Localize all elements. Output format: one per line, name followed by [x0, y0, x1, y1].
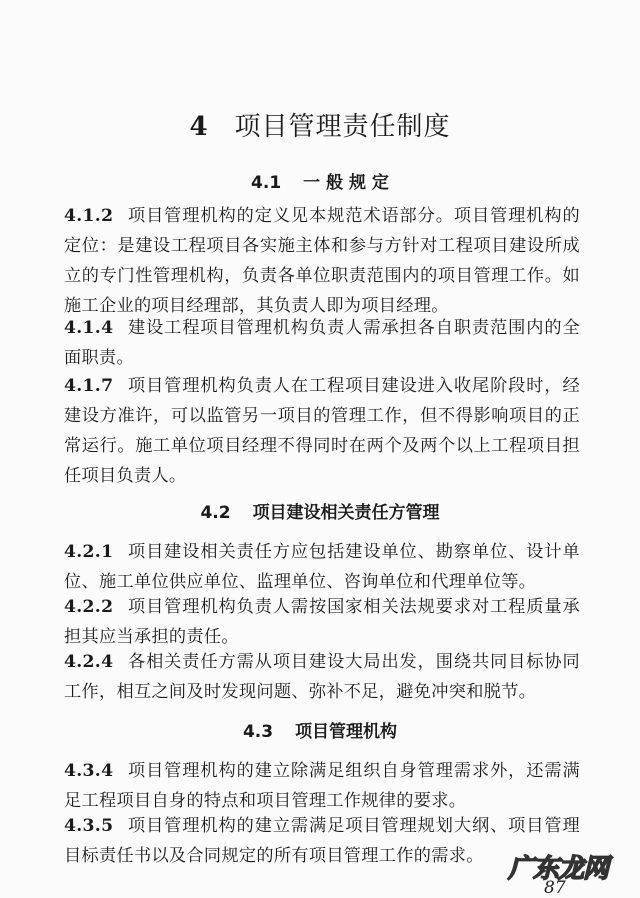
section-number: 4.3 [243, 722, 273, 742]
chapter-title: 4项目管理责任制度 [0, 106, 640, 143]
clause-4-3-5: 4.3.5项目管理机构的建立需满足项目管理规划大纲、项目管理目标责任书以及合同规… [64, 811, 580, 871]
clause-4-2-4: 4.2.4各相关责任方需从项目建设大局出发，围绕共同目标协同工作，相互之间及时发… [64, 647, 580, 707]
clause-number: 4.3.5 [64, 816, 113, 836]
clause-number: 4.2.4 [64, 652, 113, 672]
clause-4-2-1: 4.2.1项目建设相关责任方应包括建设单位、勘察单位、设计单位、施工单位供应单位… [64, 537, 580, 597]
section-title-text: 项目建设相关责任方管理 [253, 503, 440, 523]
clause-4-3-4: 4.3.4项目管理机构的建立除满足组织自身管理需求外，还需满足工程项目自身的特点… [64, 756, 580, 816]
clause-4-1-2: 4.1.2项目管理机构的定义见本规范术语部分。项目管理机构的定位：是建设工程项目… [64, 201, 580, 321]
clause-number: 4.2.1 [64, 542, 113, 562]
clause-text: 项目管理机构负责人在工程项目建设进入收尾阶段时，经建设方准许，可以监管另一项目的… [64, 376, 580, 486]
clause-text: 各相关责任方需从项目建设大局出发，围绕共同目标协同工作，相互之间及时发现问题、弥… [64, 652, 580, 702]
clause-number: 4.3.4 [64, 761, 113, 781]
chapter-number: 4 [189, 112, 208, 142]
section-title-text: 项目管理机构 [295, 722, 397, 742]
clause-text: 项目管理机构负责人需按国家相关法规要求对工程质量承担其应当承担的责任。 [64, 597, 580, 647]
section-heading-4-3: 4.3项目管理机构 [0, 717, 640, 742]
chapter-title-text: 项目管理责任制度 [235, 112, 451, 142]
section-number: 4.2 [200, 503, 230, 523]
clause-4-1-7: 4.1.7项目管理机构负责人在工程项目建设进入收尾阶段时，经建设方准许，可以监管… [64, 371, 580, 491]
clause-text: 项目管理机构的建立需满足项目管理规划大纲、项目管理目标责任书以及合同规定的所有项… [64, 816, 580, 866]
section-heading-4-1: 4.1一 般 规 定 [0, 168, 640, 193]
clause-number: 4.1.7 [64, 376, 113, 396]
clause-text: 项目管理机构的定义见本规范术语部分。项目管理机构的定位：是建设工程项目各实施主体… [64, 206, 580, 316]
clause-number: 4.2.2 [64, 597, 113, 617]
clause-number: 4.1.4 [64, 318, 113, 338]
clause-4-1-4: 4.1.4建设工程项目管理机构负责人需承担各自职责范围内的全面职责。 [64, 313, 580, 373]
section-title-text: 一 般 规 定 [303, 173, 389, 193]
clause-text: 建设工程项目管理机构负责人需承担各自职责范围内的全面职责。 [64, 318, 580, 368]
section-number: 4.1 [251, 173, 281, 193]
clause-4-2-2: 4.2.2项目管理机构负责人需按国家相关法规要求对工程质量承担其应当承担的责任。 [64, 592, 580, 652]
section-heading-4-2: 4.2项目建设相关责任方管理 [0, 498, 640, 523]
clause-number: 4.1.2 [64, 206, 113, 226]
clause-text: 项目管理机构的建立除满足组织自身管理需求外，还需满足工程项目自身的特点和项目管理… [64, 761, 580, 811]
clause-text: 项目建设相关责任方应包括建设单位、勘察单位、设计单位、施工单位供应单位、监理单位… [64, 542, 580, 592]
page-number: 87 [544, 878, 566, 898]
